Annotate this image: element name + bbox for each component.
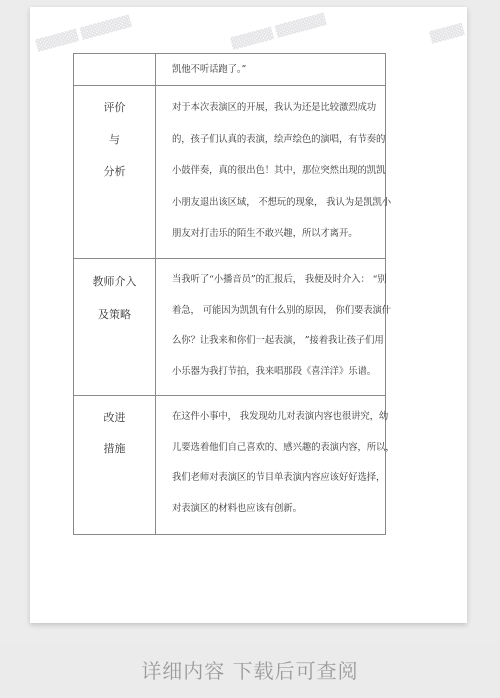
- table-row: 评价 与 分析 对于本次表演区的开展，我认为还是比较激烈成功 的，孩子们认真的表…: [74, 86, 386, 259]
- label-cell-teacher-intervention: 教师介入 及策略: [74, 259, 156, 396]
- text-line: 么你？让我来和你们一起表演， ”接着我让孩子们用: [172, 326, 379, 357]
- watermark: ▓▓▓▓▓ ▓▓▓▓▓▓: [35, 15, 132, 53]
- text-line: 小乐器为我打节拍，我来唱那段《喜洋洋》乐谱。: [172, 357, 379, 388]
- label-line: 分析: [74, 156, 155, 188]
- label-line: 教师介入: [74, 265, 155, 298]
- watermark: ▓▓▓▓: [429, 23, 465, 44]
- text-line: 当我听了“小播音员”的汇报后， 我便及时介入： “别: [172, 265, 379, 296]
- label-cell-empty: [74, 54, 156, 86]
- download-prompt-text[interactable]: 详细内容 下载后可查阅: [141, 659, 358, 683]
- text-line: 儿要选着他们自己喜欢的、感兴趣的表演内容，所以，: [172, 433, 379, 464]
- text-line: 对于本次表演区的开展，我认为还是比较激烈成功: [172, 92, 379, 124]
- content-cell: 在这件小事中， 我发现幼儿对表演内容也很讲究，幼 儿要选着他们自己喜欢的、感兴趣…: [156, 396, 386, 535]
- content-cell: 对于本次表演区的开展，我认为还是比较激烈成功 的，孩子们认真的表演，绘声绘色的演…: [156, 86, 386, 259]
- content-cell: 凯他不听话跑了。”: [156, 54, 386, 86]
- text-line: 朋友对打击乐的陌生不敢兴趣，所以才离开。: [172, 218, 379, 250]
- text-line: 我们老师对表演区的节目单表演内容应该好好选择，: [172, 463, 379, 494]
- watermark: ▓▓▓▓▓ ▓▓▓▓▓▓: [230, 13, 327, 51]
- label-cell-evaluation: 评价 与 分析: [74, 86, 156, 259]
- text-line: 着急， 可能因为凯凯有什么别的原因， 你们要表演什: [172, 296, 379, 327]
- document-page: ▓▓▓▓▓ ▓▓▓▓▓▓ ▓▓▓▓▓ ▓▓▓▓▓▓ ▓▓▓▓ 凯他不听话跑了。”…: [30, 7, 467, 623]
- label-line: 措施: [74, 433, 155, 464]
- label-cell-improvement: 改进 措施: [74, 396, 156, 535]
- table-row: 教师介入 及策略 当我听了“小播音员”的汇报后， 我便及时介入： “别 着急， …: [74, 259, 386, 396]
- text-line: 凯他不听话跑了。”: [172, 54, 379, 85]
- table-row: 凯他不听话跑了。”: [74, 54, 386, 86]
- evaluation-table: 凯他不听话跑了。” 评价 与 分析 对于本次表演区的开展，我认为还是比较激烈成功…: [73, 53, 386, 535]
- label-line: 改进: [74, 402, 155, 433]
- text-line: 小鼓伴奏，真的很出色！其中，那位突然出现的凯凯: [172, 155, 379, 187]
- download-banner[interactable]: 详细内容 下载后可查阅: [0, 645, 500, 698]
- text-line: 在这件小事中， 我发现幼儿对表演内容也很讲究，幼: [172, 402, 379, 433]
- label-line: 与: [74, 124, 155, 156]
- label-line: 评价: [74, 92, 155, 124]
- table-row: 改进 措施 在这件小事中， 我发现幼儿对表演内容也很讲究，幼 儿要选着他们自己喜…: [74, 396, 386, 535]
- text-line: 小朋友退出该区域， 不想玩的现象， 我认为是凯凯小: [172, 187, 379, 219]
- label-line: 及策略: [74, 298, 155, 331]
- content-cell: 当我听了“小播音员”的汇报后， 我便及时介入： “别 着急， 可能因为凯凯有什么…: [156, 259, 386, 396]
- text-line: 对表演区的材料也应该有创新。: [172, 494, 379, 525]
- text-line: 的，孩子们认真的表演，绘声绘色的演唱，有节奏的: [172, 124, 379, 156]
